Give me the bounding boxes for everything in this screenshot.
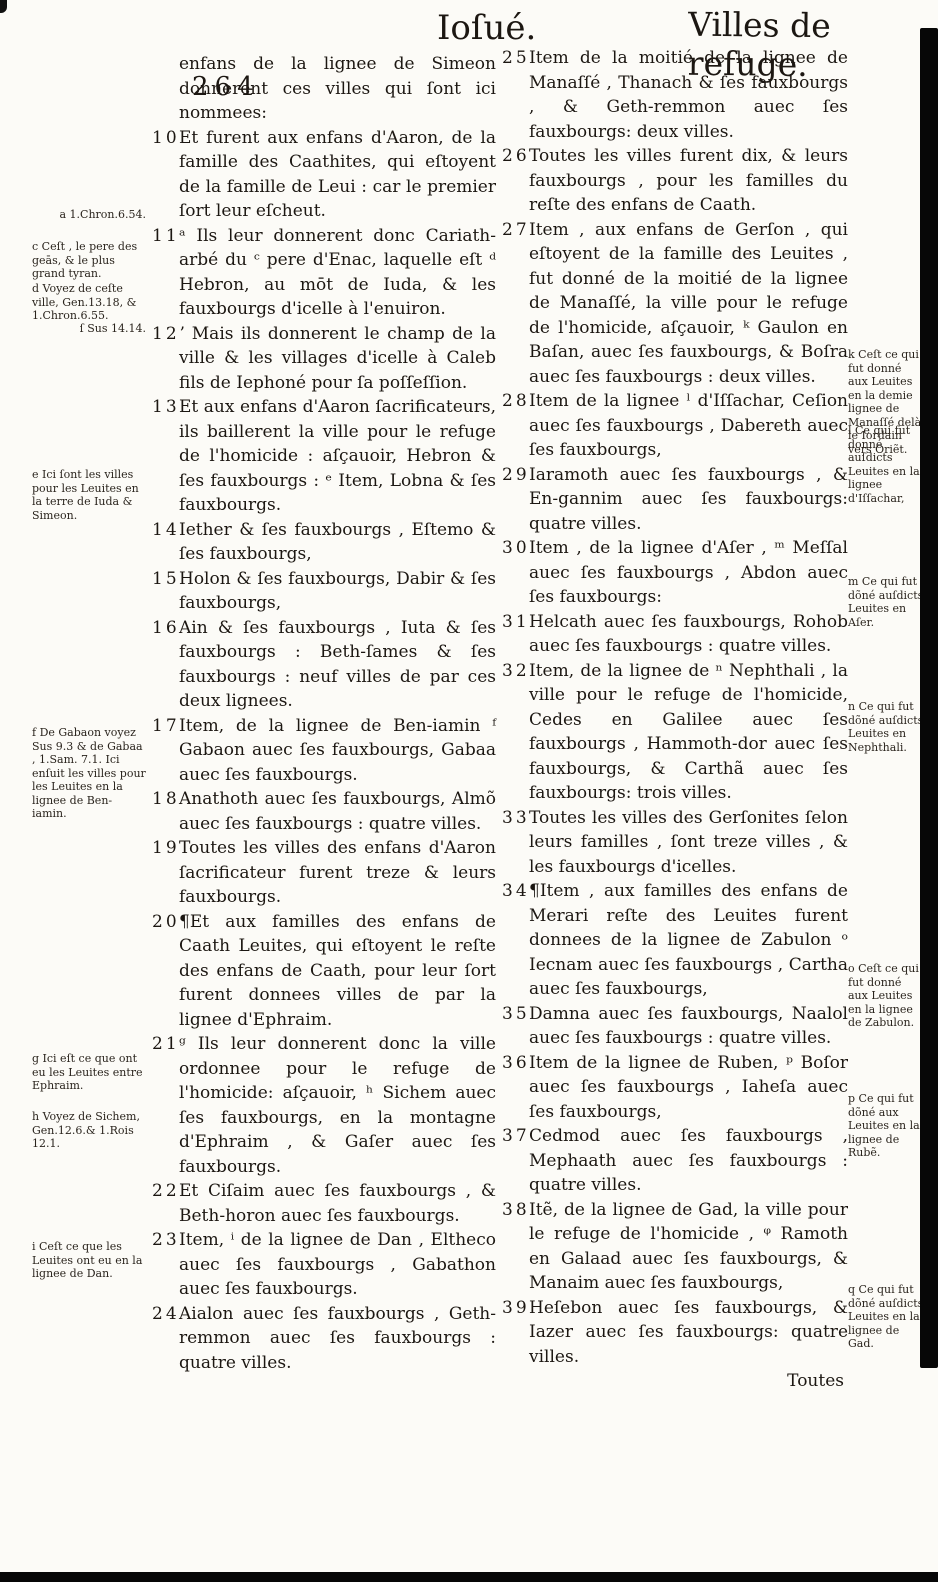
- verse-number: 26: [502, 144, 530, 169]
- verse-text: Cedmod auec ſes fauxbourgs , Mephaath au…: [529, 1126, 848, 1195]
- verse-24: 24Aialon auec ſes fauxbourgs , Geth-remm…: [152, 1302, 496, 1376]
- verse-text: ʼ Mais ils donnerent le champ de la vill…: [179, 324, 496, 393]
- verse-text: Anathoth auec ſes fauxbourgs, Almõ auec …: [179, 789, 496, 834]
- verse-number: 35: [502, 1002, 530, 1027]
- verse-text: Toutes les villes des enfans d'Aaron ſac…: [179, 838, 496, 907]
- margin-note-a: a 1.Chron.6.54.: [32, 208, 146, 222]
- verse-39: 39Heſebon auec ſes fauxbourgs, & Iazer a…: [502, 1296, 848, 1370]
- verse-21: 21ᵍ Ils leur donnerent donc la ville ord…: [152, 1032, 496, 1179]
- margin-note-p: p Ce qui fut dõné aux Leuites en la lign…: [848, 1092, 924, 1160]
- margin-note-q: q Ce qui fut dõné auſdicts Leuites en la…: [848, 1283, 924, 1351]
- verse-number: 17: [152, 714, 180, 739]
- verse-23: 23Item, ⁱ de la lignee de Dan , Eltheco …: [152, 1228, 496, 1302]
- margin-note-s: ſ Sus 14.14.: [32, 322, 146, 336]
- verse-33: 33Toutes les villes des Gerſonites ſelon…: [502, 806, 848, 880]
- verse-number: 11: [152, 224, 180, 249]
- verse-35: 35Damna auec ſes fauxbourgs, Naalol auec…: [502, 1002, 848, 1051]
- verse-text: Holon & ſes fauxbourgs, Dabir & ſes faux…: [179, 569, 496, 614]
- verse-text: Et furent aux enfans d'Aaron, de la fami…: [179, 128, 496, 222]
- verse-number: 34: [502, 879, 530, 904]
- verse-text: Item, de la lignee de ⁿ Nephthali , la v…: [529, 661, 848, 804]
- margin-note-h: h Voyez de Sichem, Gen.12.6.& 1.Rois 12.…: [32, 1110, 146, 1151]
- verse-number: 31: [502, 610, 530, 635]
- verse-number: 10: [152, 126, 180, 151]
- verse-text: ᵃ Ils leur donnerent donc Cariath-arbé d…: [179, 226, 496, 320]
- verse-text: ᵍ Ils leur donnerent donc la ville ordon…: [179, 1034, 496, 1177]
- verse-text: Toutes les villes des Gerſonites ſelon l…: [529, 808, 848, 877]
- margin-note-e: e Ici ſont les villes pour les Leuites e…: [32, 468, 146, 522]
- verse-18: 18Anathoth auec ſes fauxbourgs, Almõ aue…: [152, 787, 496, 836]
- verse-29: 29Iaramoth auec ſes fauxbourgs , & En-ga…: [502, 463, 848, 537]
- verse-32: 32Item, de la lignee de ⁿ Nephthali , la…: [502, 659, 848, 806]
- verse-number: 21: [152, 1032, 180, 1057]
- verse-text: Toutes les villes furent dix, & leurs fa…: [529, 146, 848, 215]
- margin-note-n: n Ce qui fut dõné auſdicts Leuites en Ne…: [848, 700, 924, 754]
- verse-text: Iether & ſes fauxbourgs , Eſtemo & ſes f…: [179, 520, 496, 565]
- verse-text: Et Ciſaim auec ſes fauxbourgs , & Beth-h…: [179, 1181, 496, 1226]
- margin-note-i: i Ceſt ce que les Leuites ont eu en la l…: [32, 1240, 146, 1281]
- scan-corner-artifact: [0, 0, 7, 13]
- verse-14: 14Iether & ſes fauxbourgs , Eſtemo & ſes…: [152, 518, 496, 567]
- verse-30: 30Item , de la lignee d'Aſer , ᵐ Meſſal …: [502, 536, 848, 610]
- verse-15: 15Holon & ſes fauxbourgs, Dabir & ſes fa…: [152, 567, 496, 616]
- verse-number: 37: [502, 1124, 530, 1149]
- verse-number: 23: [152, 1228, 180, 1253]
- verse-25: 25Item de la moitié de la lignee de Mana…: [502, 46, 848, 144]
- margin-note-g: g Ici eſt ce que ont eu les Leuites entr…: [32, 1052, 146, 1093]
- verse-10: 10Et furent aux enfans d'Aaron, de la fa…: [152, 126, 496, 224]
- margin-note-f: f De Gabaon voyez Sus 9.3 & de Gabaa , 1…: [32, 726, 146, 821]
- verse-19: 19Toutes les villes des enfans d'Aaron ſ…: [152, 836, 496, 910]
- verse-number: 25: [502, 46, 530, 71]
- verse-11: 11ᵃ Ils leur donnerent donc Cariath-arbé…: [152, 224, 496, 322]
- verse-text: Item de la lignee de Ruben, ᵖ Boſor auec…: [529, 1053, 848, 1122]
- scanned-book-page: 264 Ioſué. Villes de refuge. enfans de l…: [0, 0, 938, 1582]
- verse-number: 13: [152, 395, 180, 420]
- verse-number: 12: [152, 322, 180, 347]
- verse-text: Aialon auec ſes fauxbourgs , Geth-remmon…: [179, 1304, 496, 1373]
- verse-text: Damna auec ſes fauxbourgs, Naalol auec ſ…: [529, 1004, 848, 1049]
- verse-27: 27Item , aux enfans de Gerſon , qui eſto…: [502, 218, 848, 390]
- verse-text: Item, ⁱ de la lignee de Dan , Eltheco au…: [179, 1230, 496, 1299]
- running-title: Ioſué.: [437, 8, 536, 48]
- verse-text: Ain & ſes fauxbourgs , Iuta & ſes fauxbo…: [179, 618, 496, 712]
- verse-text: Item de la lignee ˡ d'Iſſachar, Ceſion a…: [529, 391, 848, 460]
- verse-text: Itẽ, de la lignee de Gad, la ville pour …: [529, 1200, 848, 1294]
- verse-26: 26Toutes les villes furent dix, & leurs …: [502, 144, 848, 218]
- verse-number: 28: [502, 389, 530, 414]
- verse-16: 16Ain & ſes fauxbourgs , Iuta & ſes faux…: [152, 616, 496, 714]
- verse-text: Iaramoth auec ſes fauxbourgs , & En-gann…: [529, 465, 848, 534]
- verse-number: 22: [152, 1179, 180, 1204]
- verse-number: 30: [502, 536, 530, 561]
- verse-number: 15: [152, 567, 180, 592]
- verse-number: 16: [152, 616, 180, 641]
- verse-36: 36Item de la lignee de Ruben, ᵖ Boſor au…: [502, 1051, 848, 1125]
- verse-9-continuation: enfans de la lignee de Simeon donnerent …: [152, 52, 496, 126]
- verse-number: 39: [502, 1296, 530, 1321]
- verse-31: 31Helcath auec ſes fauxbourgs, Rohob aue…: [502, 610, 848, 659]
- verse-text: ¶Et aux familles des enfans de Caath Leu…: [179, 912, 496, 1030]
- verse-13: 13Et aux enfans d'Aaron ſacrificateurs, …: [152, 395, 496, 518]
- margin-note-o: o Ceſt ce qui fut donné aux Leuites en l…: [848, 962, 924, 1030]
- verse-number: 27: [502, 218, 530, 243]
- verse-text: Item , de la lignee d'Aſer , ᵐ Meſſal au…: [529, 538, 848, 607]
- verse-17: 17Item, de la lignee de Ben-iamin ᶠ Gaba…: [152, 714, 496, 788]
- verse-number: 18: [152, 787, 180, 812]
- margin-note-m: m Ce qui fut dõné auſdicts Leuites en Aſ…: [848, 575, 924, 629]
- verse-28: 28Item de la lignee ˡ d'Iſſachar, Ceſion…: [502, 389, 848, 463]
- scan-bottom-edge: [0, 1572, 938, 1582]
- verse-text: Heſebon auec ſes fauxbourgs, & Iazer aue…: [529, 1298, 848, 1367]
- verse-number: 33: [502, 806, 530, 831]
- verse-text: Item, de la lignee de Ben-iamin ᶠ Gabaon…: [179, 716, 496, 785]
- verse-number: 19: [152, 836, 180, 861]
- verse-34: 34¶Item , aux familles des enfans de Mer…: [502, 879, 848, 1002]
- verse-37: 37Cedmod auec ſes fauxbourgs , Mephaath …: [502, 1124, 848, 1198]
- verse-12: 12ʼ Mais ils donnerent le champ de la vi…: [152, 322, 496, 396]
- catchword: Toutes: [502, 1369, 848, 1394]
- verse-20: 20¶Et aux familles des enfans de Caath L…: [152, 910, 496, 1033]
- verse-number: 20: [152, 910, 180, 935]
- verse-text: enfans de la lignee de Simeon donnerent …: [179, 54, 496, 123]
- scan-gutter-shadow: [920, 28, 938, 1368]
- verse-number: 14: [152, 518, 180, 543]
- verse-text: ¶Item , aux familles des enfans de Merar…: [529, 881, 848, 999]
- verse-text: Item de la moitié de la lignee de Manaſſ…: [529, 48, 848, 142]
- verse-number: 38: [502, 1198, 530, 1223]
- right-text-column: 25Item de la moitié de la lignee de Mana…: [502, 46, 848, 1394]
- margin-note-c: c Ceſt , le pere des geās, & le plus gra…: [32, 240, 146, 281]
- verse-text: Item , aux enfans de Gerſon , qui eſtoye…: [529, 220, 848, 387]
- margin-note-l: l Ce qui fut donné auſdicts Leuites en l…: [848, 424, 924, 505]
- verse-number: 29: [502, 463, 530, 488]
- verse-number: 24: [152, 1302, 180, 1327]
- left-text-column: enfans de la lignee de Simeon donnerent …: [152, 52, 496, 1375]
- verse-text: Helcath auec ſes fauxbourgs, Rohob auec …: [529, 612, 848, 657]
- margin-note-d: d Voyez de ceſte ville, Gen.13.18, & 1.C…: [32, 282, 146, 323]
- verse-text: Et aux enfans d'Aaron ſacrificateurs, il…: [179, 397, 496, 515]
- verse-22: 22Et Ciſaim auec ſes fauxbourgs , & Beth…: [152, 1179, 496, 1228]
- verse-number: 36: [502, 1051, 530, 1076]
- verse-number: 32: [502, 659, 530, 684]
- verse-38: 38Itẽ, de la lignee de Gad, la ville pou…: [502, 1198, 848, 1296]
